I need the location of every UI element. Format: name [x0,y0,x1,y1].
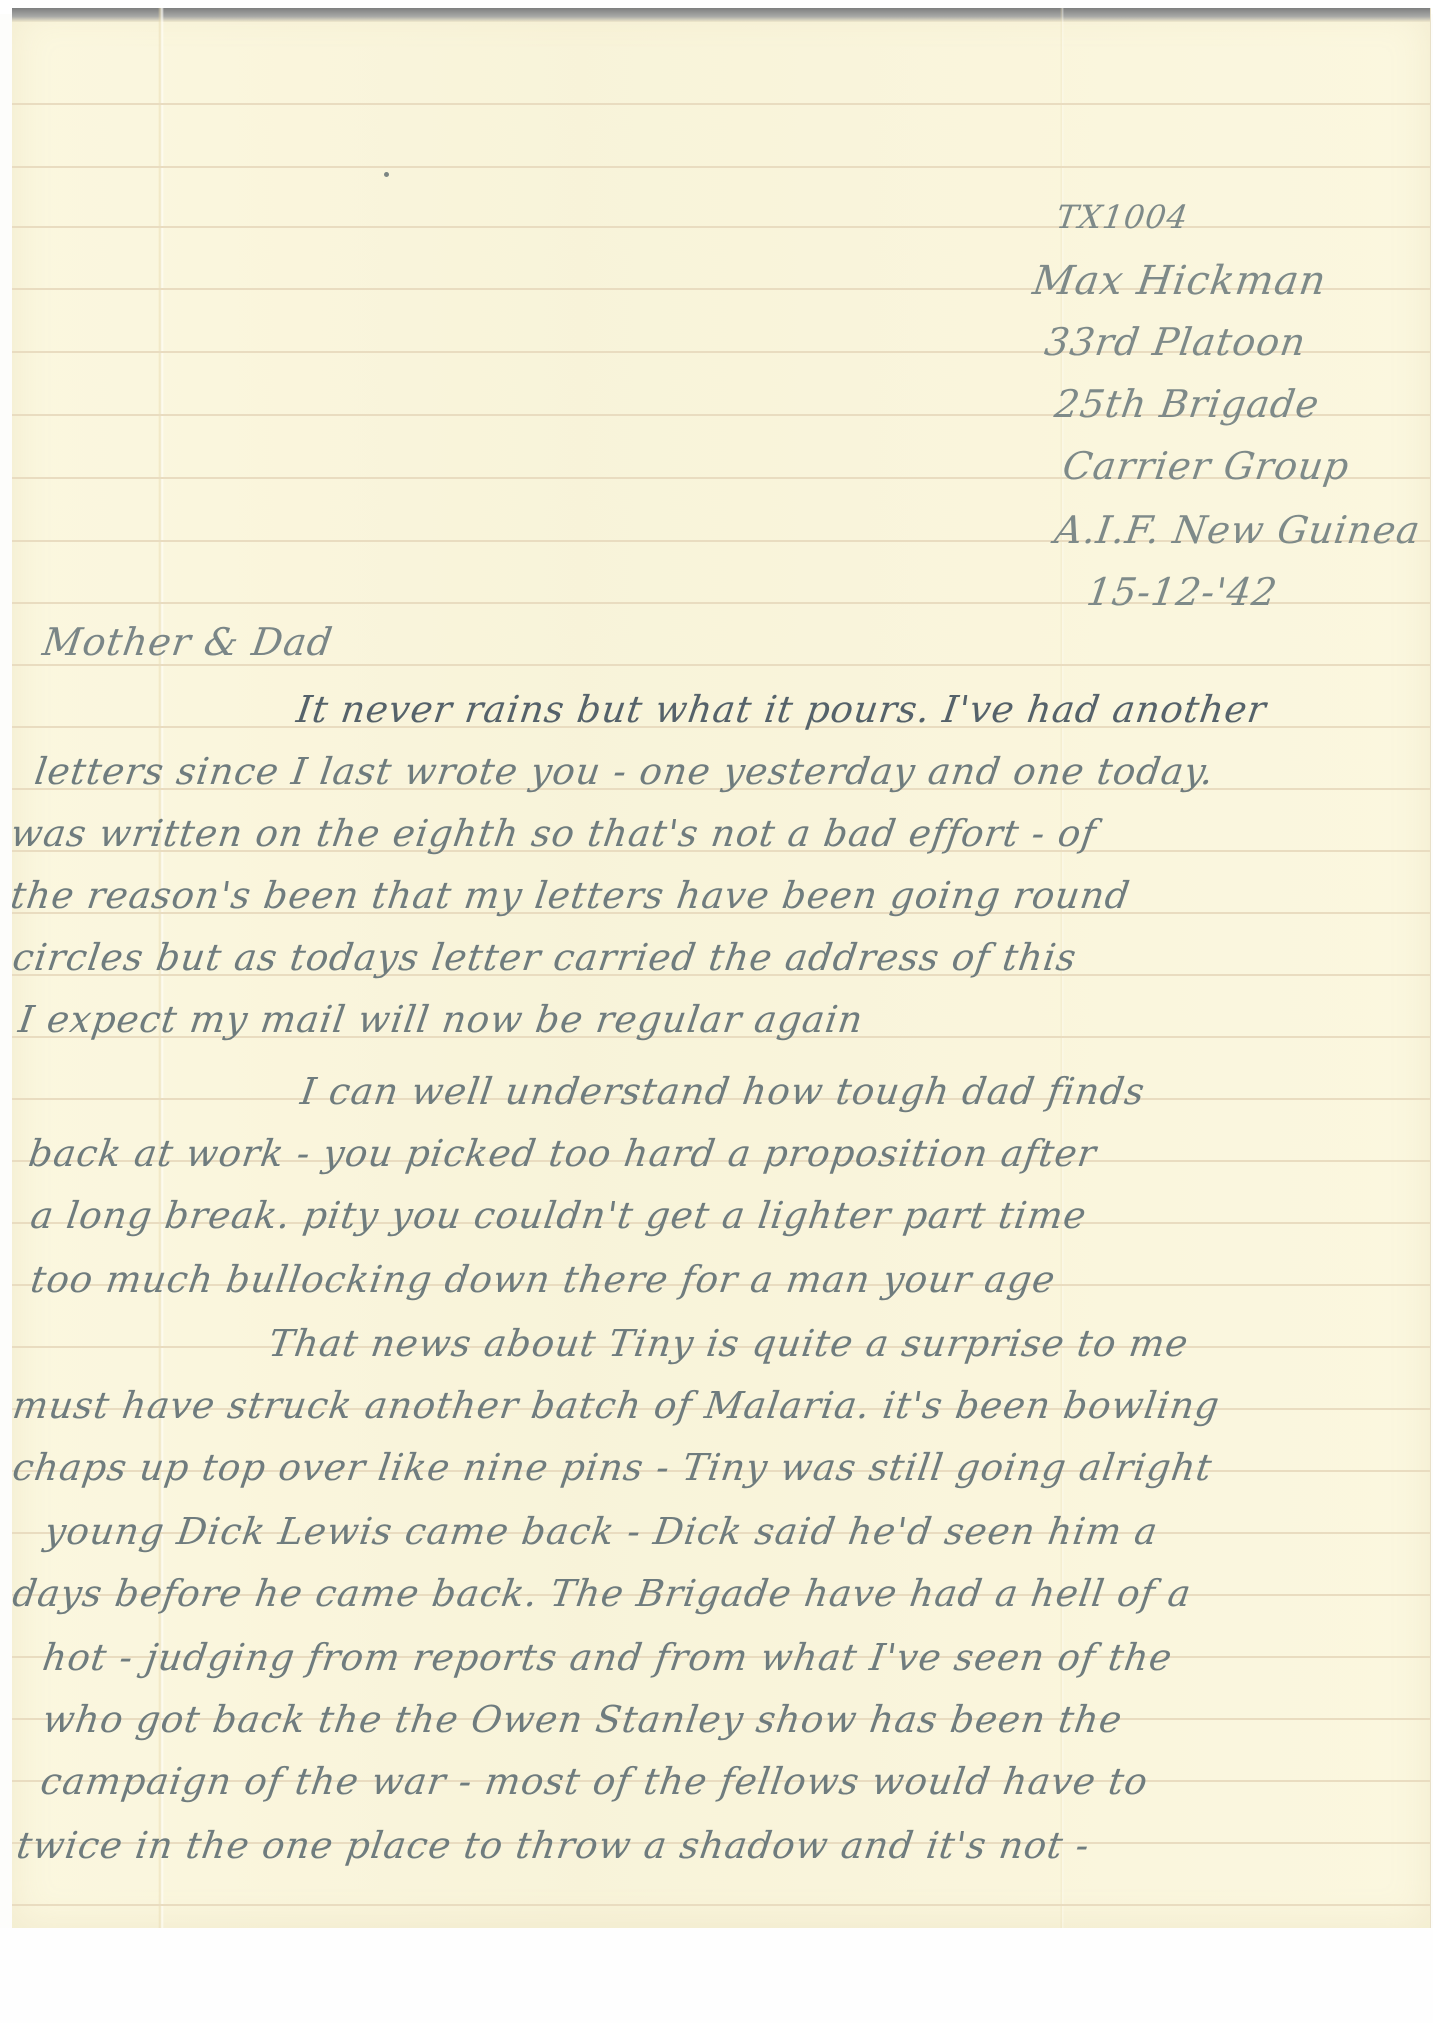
body-line: letters since I last wrote you - one yes… [32,750,1217,793]
body-line: campaign of the war - most of the fellow… [38,1760,1151,1803]
page-top-edge [12,8,1430,22]
address-group: Carrier Group [1060,444,1352,488]
body-line: That news about Tiny is quite a surprise… [266,1322,1191,1365]
body-line: was written on the eighth so that's not … [8,812,1099,855]
ruled-line [12,166,1430,168]
ink-speck [384,172,389,177]
body-line: a long break. pity you couldn't get a li… [28,1194,1089,1237]
address-platoon: 33rd Platoon [1042,320,1309,364]
body-line: young Dick Lewis came back - Dick said h… [42,1510,1161,1553]
ruled-line [12,664,1430,666]
body-line: back at work - you picked too hard a pro… [26,1132,1099,1175]
body-line: chaps up top over like nine pins - Tiny … [10,1446,1215,1489]
body-line: too much bullocking down there for a man… [28,1258,1058,1301]
service-number: TX1004 [1054,198,1191,236]
body-line: I expect my mail will now be regular aga… [16,998,866,1041]
letter-date: 15-12-'42 [1084,570,1280,614]
address-brigade: 25th Brigade [1052,382,1322,426]
ruled-line [12,103,1430,105]
address-location: A.I.F. New Guinea [1052,508,1423,552]
body-line: the reason's been that my letters have b… [8,874,1133,917]
body-line: days before he came back. The Brigade ha… [10,1572,1194,1615]
salutation: Mother & Dad [40,620,336,664]
body-line: twice in the one place to throw a shadow… [14,1824,1093,1867]
body-line: It never rains but what it pours. I've h… [294,688,1269,731]
body-line: I can well understand how tough dad find… [298,1070,1148,1113]
sender-name: Max Hickman [1030,258,1329,304]
body-line: circles but as todays letter carried the… [10,936,1079,979]
body-line: who got back the the Owen Stanley show h… [40,1698,1125,1741]
ruled-line [12,226,1430,228]
body-line: hot - judging from reports and from what… [40,1636,1175,1679]
body-line: must have struck another batch of Malari… [10,1384,1223,1427]
ruled-line [12,1904,1430,1906]
letter-page: TX1004 Max Hickman 33rd Platoon 25th Bri… [12,8,1431,1928]
scan-background-bottom [0,1928,1433,2023]
